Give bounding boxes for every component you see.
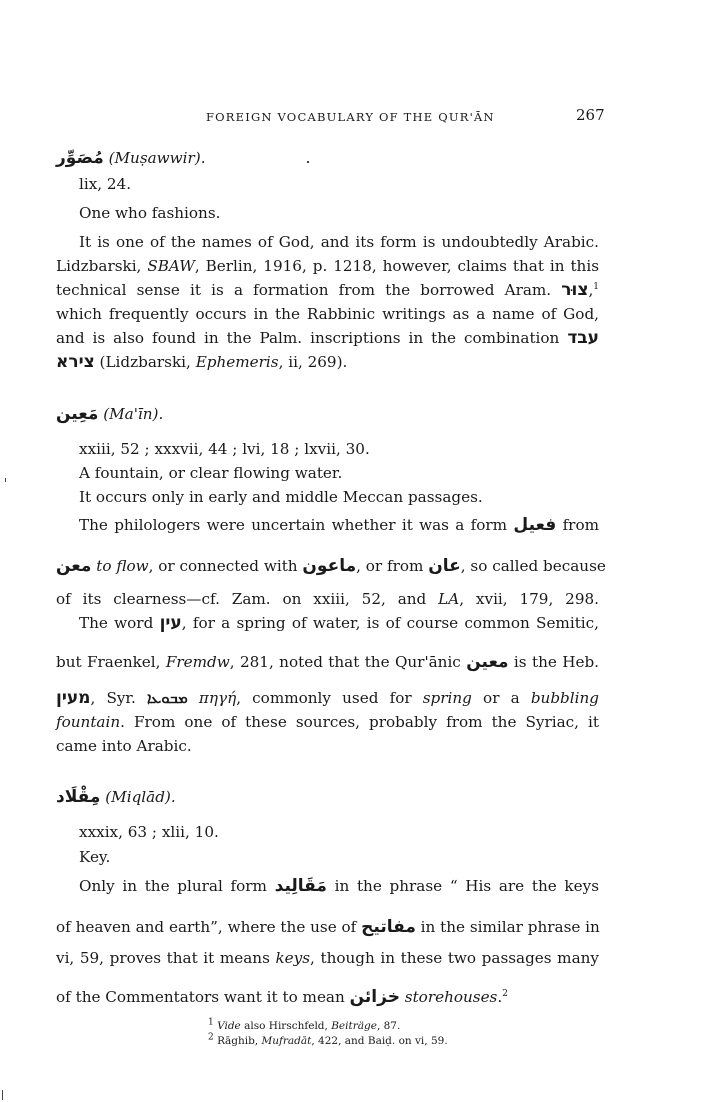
syriac-word: ܡܒܘܥܐ <box>147 689 188 707</box>
arabic-word: عان <box>428 556 461 576</box>
entry-gloss: A fountain, or clear flowing water. <box>79 463 342 483</box>
entry-references: xxiii, 52 ; xxxvii, 44 ; lvi, 18 ; lxvii… <box>79 439 370 459</box>
arabic-word: معين <box>466 652 508 672</box>
body-text-line: Only in the plural form مَقَالِيد in the… <box>79 876 599 896</box>
body-text-line: of its clearness—cf. Zam. on xxiii, 52, … <box>56 589 599 609</box>
entry-headword: مُصَوِّر (Muṣawwir). <box>56 148 206 168</box>
footnote-number: 1 <box>208 1018 214 1028</box>
entry-references: xxxix, 63 ; xlii, 10. <box>79 822 219 842</box>
body-text-line: and is also found in the Palm. inscripti… <box>56 328 599 348</box>
hebrew-word: צוּר <box>561 280 588 300</box>
footnote: 2 Rāghib, Mufradāt, 422, and Baiḍ. on vi… <box>208 1034 448 1048</box>
page-number: 267 <box>576 106 605 124</box>
headword-arabic: مِقْلَاد <box>56 787 100 807</box>
entry-gloss: Key. <box>79 847 110 867</box>
entry-headword: مِقْلَاد (Miqlād). <box>56 787 176 807</box>
arabic-word: خزائن <box>350 987 400 1007</box>
entry-references: lix, 24. <box>79 174 131 194</box>
body-text-line: It occurs only in early and middle Mecca… <box>79 487 483 507</box>
hebrew-word: צירא <box>56 352 95 372</box>
body-text-line: The word עין, for a spring of water, is … <box>79 613 599 633</box>
headword-transliteration: (Muṣawwir). <box>109 149 206 167</box>
scan-speck <box>5 478 6 482</box>
hebrew-word: מעין <box>56 688 90 708</box>
running-title: FOREIGN VOCABULARY OF THE QUR'ĀN <box>206 110 495 124</box>
italic-text: Beiträge <box>331 1020 377 1032</box>
entry-headword: مَعِين (Ma'īn). <box>56 404 163 424</box>
italic-text: Vide <box>217 1020 241 1032</box>
body-text-line: of the Commentators want it to mean خزائ… <box>56 987 508 1007</box>
scan-speck <box>307 161 309 163</box>
body-text-line: which frequently occurs in the Rabbinic … <box>56 304 599 324</box>
body-text-line: Lidzbarski, SBAW, Berlin, 1916, p. 1218,… <box>56 256 599 276</box>
italic-text: SBAW <box>147 257 195 275</box>
body-text-line: معن to flow, or connected with ماعون, or… <box>56 556 599 576</box>
entry-gloss: One who fashions. <box>79 203 220 223</box>
italic-text: to flow <box>96 557 148 575</box>
hebrew-word: עבד <box>567 328 599 348</box>
body-text-line: but Fraenkel, Fremdw, 281, noted that th… <box>56 652 599 672</box>
footnote: 1 Vide also Hirschfeld, Beiträge, 87. <box>208 1019 400 1033</box>
headword-arabic: مُصَوِّر <box>56 148 104 168</box>
body-text-line: It is one of the names of God, and its f… <box>79 232 599 252</box>
arabic-word: فعيل <box>513 515 556 535</box>
italic-text: LA <box>438 590 459 608</box>
headword-transliteration: (Ma'īn). <box>103 405 163 423</box>
italic-text: storehouses <box>405 988 498 1006</box>
italic-text: Ephemeris <box>196 353 279 371</box>
headword-transliteration: (Miqlād). <box>105 788 175 806</box>
arabic-word: مفاتيح <box>361 917 416 937</box>
italic-text: Fremdw <box>166 653 230 671</box>
body-text-line: מעין, Syr. ܡܒܘܥܐ πηγή, commonly used for… <box>56 688 599 708</box>
scan-speck <box>2 1090 3 1100</box>
greek-word: πηγή <box>199 689 236 707</box>
footnote-marker: 2 <box>502 989 508 999</box>
body-text-line: vi, 59, proves that it means keys, thoug… <box>56 948 599 968</box>
body-text-line: of heaven and earth”, where the use of م… <box>56 917 599 937</box>
italic-text: Mufradāt <box>261 1035 311 1047</box>
body-text-line: technical sense it is a formation from t… <box>56 280 599 300</box>
hebrew-word: עין <box>160 613 182 633</box>
body-text-line: came into Arabic. <box>56 736 192 756</box>
arabic-word: معن <box>56 556 91 576</box>
arabic-word: مَقَالِيد <box>275 876 327 896</box>
italic-text: keys <box>275 949 310 967</box>
headword-arabic: مَعِين <box>56 404 98 424</box>
arabic-word: ماعون <box>302 556 356 576</box>
body-text-line: The philologers were uncertain whether i… <box>79 515 599 535</box>
italic-text: bubbling <box>531 689 599 707</box>
footnote-marker: 1 <box>593 282 599 292</box>
body-text-line: צירא (Lidzbarski, Ephemeris, ii, 269). <box>56 352 347 372</box>
italic-text: fountain <box>56 713 120 731</box>
body-text-line: fountain. From one of these sources, pro… <box>56 712 599 732</box>
italic-text: spring <box>423 689 472 707</box>
footnote-number: 2 <box>208 1033 214 1043</box>
